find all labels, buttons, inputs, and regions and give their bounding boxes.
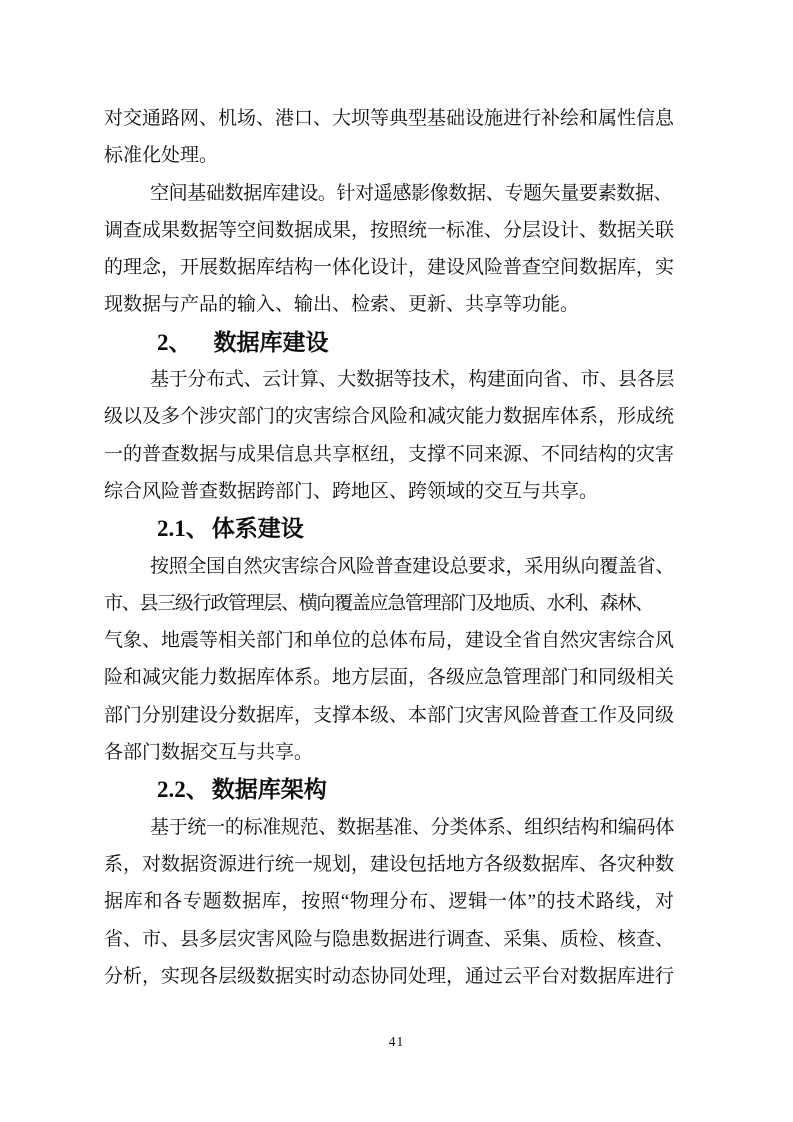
text-line: 据库和各专题数据库，按照“物理分布、逻辑一体”的技术路线，对 xyxy=(104,883,674,920)
text-line: 级以及多个涉灾部门的灾害综合风险和减灾能力数据库体系，形成统 xyxy=(104,398,674,435)
text-line: 对交通路网、机场、港口、大坝等典型基础设施进行补绘和属性信息 xyxy=(104,100,674,137)
text-line: 按照全国自然灾害综合风险普查建设总要求，采用纵向覆盖省、 xyxy=(104,548,674,585)
section-heading-2-2: 2.2、数据库架构 xyxy=(104,771,674,808)
text-line: 的理念，开展数据库结构一体化设计，建设风险普查空间数据库，实 xyxy=(104,249,674,286)
heading-title: 数据库架构 xyxy=(212,777,327,802)
text-line: 空间基础数据库建设。针对遥感影像数据、专题矢量要素数据、 xyxy=(104,175,674,212)
section-heading-2-1: 2.1、体系建设 xyxy=(104,510,674,547)
heading-title: 数据库建设 xyxy=(214,330,329,355)
section-heading-2: 2、数据库建设 xyxy=(104,324,674,361)
text-line: 标准化处理。 xyxy=(104,137,674,174)
document-body: 对交通路网、机场、港口、大坝等典型基础设施进行补绘和属性信息 标准化处理。 空间… xyxy=(104,100,674,995)
text-line: 市、县三级行政管理层、横向覆盖应急管理部门及地质、水利、森林、 xyxy=(104,585,674,622)
heading-number: 2.2、 xyxy=(157,777,209,802)
text-line: 基于分布式、云计算、大数据等技术，构建面向省、市、县各层 xyxy=(104,361,674,398)
document-page: 对交通路网、机场、港口、大坝等典型基础设施进行补绘和属性信息 标准化处理。 空间… xyxy=(0,0,793,1122)
text-line: 险和减灾能力数据库体系。地方层面，各级应急管理部门和同级相关 xyxy=(104,659,674,696)
text-line: 调查成果数据等空间数据成果，按照统一标准、分层设计、数据关联 xyxy=(104,212,674,249)
text-line: 综合风险普查数据跨部门、跨地区、跨领域的交互与共享。 xyxy=(104,473,674,510)
text-line: 各部门数据交互与共享。 xyxy=(104,734,674,771)
text-line: 省、市、县多层灾害风险与隐患数据进行调查、采集、质检、核查、 xyxy=(104,921,674,958)
heading-title: 体系建设 xyxy=(212,516,304,541)
heading-number: 2、 xyxy=(157,330,192,355)
text-line: 基于统一的标准规范、数据基准、分类体系、组织结构和编码体 xyxy=(104,809,674,846)
text-line: 一的普查数据与成果信息共享枢纽，支撑不同来源、不同结构的灾害 xyxy=(104,436,674,473)
text-line: 现数据与产品的输入、输出、检索、更新、共享等功能。 xyxy=(104,286,674,323)
text-line: 气象、地震等相关部门和单位的总体布局，建设全省自然灾害综合风 xyxy=(104,622,674,659)
text-line: 分析，实现各层级数据实时动态协同处理，通过云平台对数据库进行 xyxy=(104,958,674,995)
text-line: 部门分别建设分数据库，支撑本级、本部门灾害风险普查工作及同级 xyxy=(104,697,674,734)
page-number: 41 xyxy=(0,1034,793,1050)
text-line: 系，对数据资源进行统一规划，建设包括地方各级数据库、各灾种数 xyxy=(104,846,674,883)
heading-number: 2.1、 xyxy=(157,516,209,541)
